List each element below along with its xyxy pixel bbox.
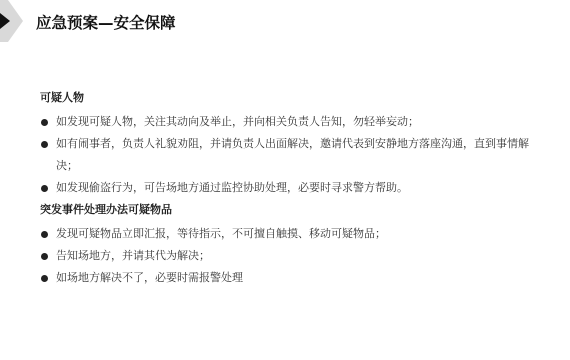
bullet-icon xyxy=(41,141,48,148)
list-item: 发现可疑物品立即汇报，等待指示，不可擅自触摸、移动可疑物品； xyxy=(38,223,548,245)
bullet-icon xyxy=(41,275,48,282)
bullet-list-suspicious-items: 发现可疑物品立即汇报，等待指示，不可擅自触摸、移动可疑物品； 告知场地方，并请其… xyxy=(38,223,548,289)
list-item: 告知场地方，并请其代为解决； xyxy=(38,245,548,267)
page-title: 应急预案—安全保障 xyxy=(36,11,176,33)
list-item-text: 如发现偷盗行为，可告场地方通过监控协助处理，必要时寻求警方帮助。 xyxy=(56,181,408,194)
section-heading-suspicious-persons: 可疑人物 xyxy=(40,89,548,111)
chevron-arrow-icon xyxy=(0,0,24,42)
list-item-text: 如发现可疑人物，关注其动向及举止，并向相关负责人告知，勿轻举妄动； xyxy=(56,115,419,128)
list-item-text: 发现可疑物品立即汇报，等待指示，不可擅自触摸、移动可疑物品； xyxy=(56,227,386,240)
list-item-text: 如有闹事者，负责人礼貌劝阻，并请负责人出面解决，邀请代表到安静地方落座沟通，直到… xyxy=(56,137,529,172)
content-body: 可疑人物 如发现可疑人物，关注其动向及举止，并向相关负责人告知，勿轻举妄动； 如… xyxy=(38,89,548,289)
bullet-list-suspicious-persons: 如发现可疑人物，关注其动向及举止，并向相关负责人告知，勿轻举妄动； 如有闹事者，… xyxy=(38,111,548,199)
bullet-icon xyxy=(41,253,48,260)
bullet-icon xyxy=(41,231,48,238)
list-item: 如发现偷盗行为，可告场地方通过监控协助处理，必要时寻求警方帮助。 xyxy=(38,177,548,199)
list-item-text: 如场地方解决不了，必要时需报警处理 xyxy=(56,271,243,284)
slide: 应急预案—安全保障 可疑人物 如发现可疑人物，关注其动向及举止，并向相关负责人告… xyxy=(0,0,570,360)
list-item-text: 告知场地方，并请其代为解决； xyxy=(56,249,210,262)
bullet-icon xyxy=(41,185,48,192)
bullet-icon xyxy=(41,119,48,126)
list-item: 如发现可疑人物，关注其动向及举止，并向相关负责人告知，勿轻举妄动； xyxy=(38,111,548,133)
list-item: 如场地方解决不了，必要时需报警处理 xyxy=(38,267,548,289)
list-item: 如有闹事者，负责人礼貌劝阻，并请负责人出面解决，邀请代表到安静地方落座沟通，直到… xyxy=(38,133,548,177)
section-heading-suspicious-items: 突发事件处理办法可疑物品 xyxy=(40,201,548,223)
